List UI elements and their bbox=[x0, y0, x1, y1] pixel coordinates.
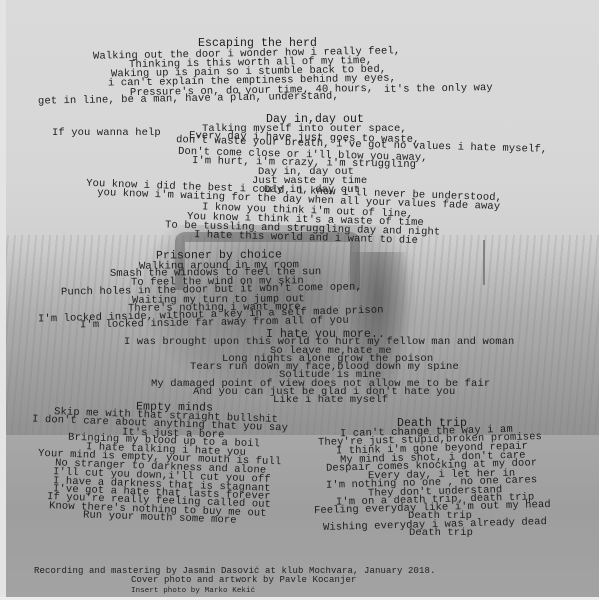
paper-edge bbox=[0, 0, 6, 600]
lyric-line: get in line, be a man, have a plan, unde… bbox=[38, 91, 339, 107]
utility-pole-shape bbox=[483, 240, 485, 285]
lyric-line: Like i hate myself bbox=[273, 395, 388, 406]
credit-insert-photo: Insert photo by Marko Kekić bbox=[131, 586, 255, 597]
lyric-line: If you wanna help bbox=[52, 128, 161, 139]
credit-cover: Cover photo and artwork by Pavle Kocanje… bbox=[131, 575, 357, 586]
lyric-line: Death trip bbox=[409, 528, 473, 539]
lyric-line: it's the only way bbox=[384, 83, 493, 96]
lyrics-insert-page: Escaping the herd Walking out the door i… bbox=[0, 0, 599, 600]
